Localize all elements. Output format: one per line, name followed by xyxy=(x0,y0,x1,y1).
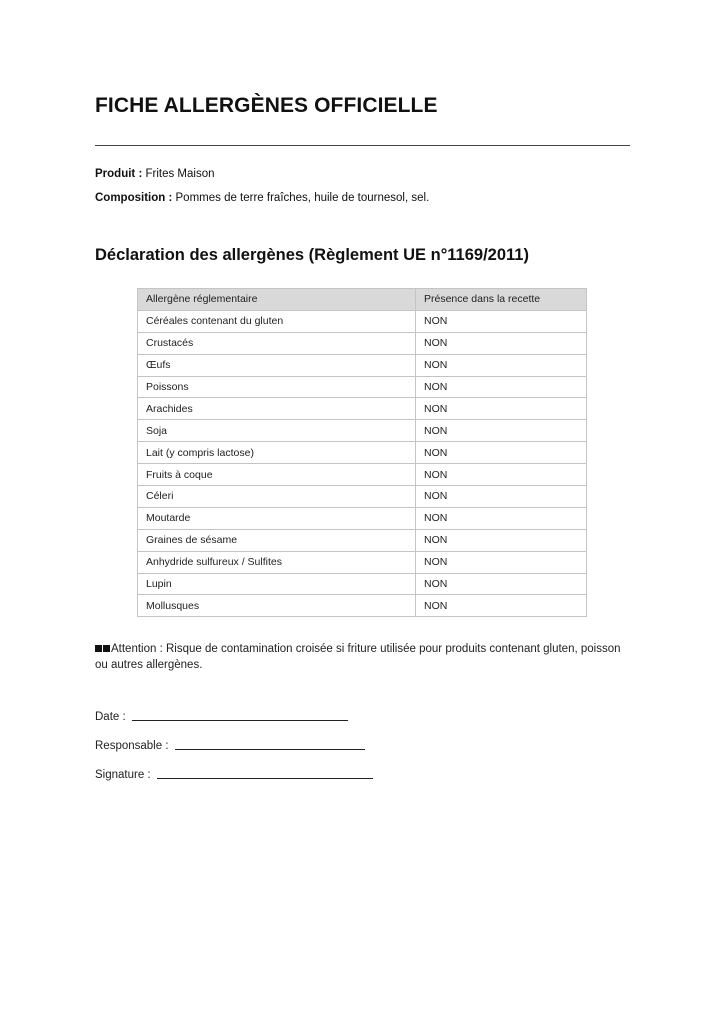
allergen-name-cell: Œufs xyxy=(138,354,416,376)
presence-cell: NON xyxy=(416,529,587,551)
table-row: MoutardeNON xyxy=(138,507,587,529)
table-row: Anhydride sulfureux / SulfitesNON xyxy=(138,551,587,573)
cross-contamination-warning: Attention : Risque de contamination croi… xyxy=(95,641,625,673)
table-row: CéleriNON xyxy=(138,486,587,508)
presence-cell: NON xyxy=(416,354,587,376)
date-input-line[interactable] xyxy=(132,709,348,721)
warning-text: Attention : Risque de contamination croi… xyxy=(95,643,621,671)
presence-cell: NON xyxy=(416,442,587,464)
allergen-name-cell: Lupin xyxy=(138,573,416,595)
product-label: Produit : xyxy=(95,168,142,180)
allergen-name-cell: Soja xyxy=(138,420,416,442)
table-header-row: Allergène réglementaire Présence dans la… xyxy=(138,289,587,311)
table-row: SojaNON xyxy=(138,420,587,442)
allergen-table: Allergène réglementaire Présence dans la… xyxy=(137,288,587,617)
allergen-name-cell: Moutarde xyxy=(138,507,416,529)
date-label: Date : xyxy=(95,711,126,723)
presence-cell: NON xyxy=(416,464,587,486)
presence-cell: NON xyxy=(416,332,587,354)
signature-field: Signature : xyxy=(95,767,373,781)
allergen-name-cell: Mollusques xyxy=(138,595,416,617)
table-row: ŒufsNON xyxy=(138,354,587,376)
presence-cell: NON xyxy=(416,376,587,398)
allergen-name-cell: Céréales contenant du gluten xyxy=(138,310,416,332)
responsible-field: Responsable : xyxy=(95,738,365,752)
table-row: Graines de sésameNON xyxy=(138,529,587,551)
allergen-name-cell: Graines de sésame xyxy=(138,529,416,551)
date-field: Date : xyxy=(95,709,348,723)
composition-field: Composition : Pommes de terre fraîches, … xyxy=(95,192,429,204)
table-row: ArachidesNON xyxy=(138,398,587,420)
presence-cell: NON xyxy=(416,398,587,420)
composition-value: Pommes de terre fraîches, huile de tourn… xyxy=(176,192,430,204)
section-title: Déclaration des allergènes (Règlement UE… xyxy=(95,246,529,265)
responsible-label: Responsable : xyxy=(95,740,169,752)
signature-input-line[interactable] xyxy=(157,767,373,779)
table-row: CrustacésNON xyxy=(138,332,587,354)
presence-cell: NON xyxy=(416,486,587,508)
column-header-allergen: Allergène réglementaire xyxy=(138,289,416,311)
product-field: Produit : Frites Maison xyxy=(95,168,215,180)
product-value: Frites Maison xyxy=(145,168,214,180)
table-row: Fruits à coqueNON xyxy=(138,464,587,486)
presence-cell: NON xyxy=(416,310,587,332)
black-square-icon xyxy=(95,645,102,652)
presence-cell: NON xyxy=(416,595,587,617)
title-divider xyxy=(95,145,630,146)
table-row: Céréales contenant du glutenNON xyxy=(138,310,587,332)
table-row: LupinNON xyxy=(138,573,587,595)
responsible-input-line[interactable] xyxy=(175,738,365,750)
presence-cell: NON xyxy=(416,507,587,529)
allergen-name-cell: Crustacés xyxy=(138,332,416,354)
table-row: Lait (y compris lactose)NON xyxy=(138,442,587,464)
document-title: FICHE ALLERGÈNES OFFICIELLE xyxy=(95,94,438,118)
allergen-name-cell: Poissons xyxy=(138,376,416,398)
allergen-name-cell: Lait (y compris lactose) xyxy=(138,442,416,464)
presence-cell: NON xyxy=(416,551,587,573)
signature-label: Signature : xyxy=(95,769,151,781)
black-square-icon xyxy=(103,645,110,652)
allergen-name-cell: Arachides xyxy=(138,398,416,420)
allergen-name-cell: Fruits à coque xyxy=(138,464,416,486)
presence-cell: NON xyxy=(416,420,587,442)
allergen-name-cell: Céleri xyxy=(138,486,416,508)
presence-cell: NON xyxy=(416,573,587,595)
composition-label: Composition : xyxy=(95,192,172,204)
column-header-presence: Présence dans la recette xyxy=(416,289,587,311)
table-row: PoissonsNON xyxy=(138,376,587,398)
allergen-name-cell: Anhydride sulfureux / Sulfites xyxy=(138,551,416,573)
table-row: MollusquesNON xyxy=(138,595,587,617)
